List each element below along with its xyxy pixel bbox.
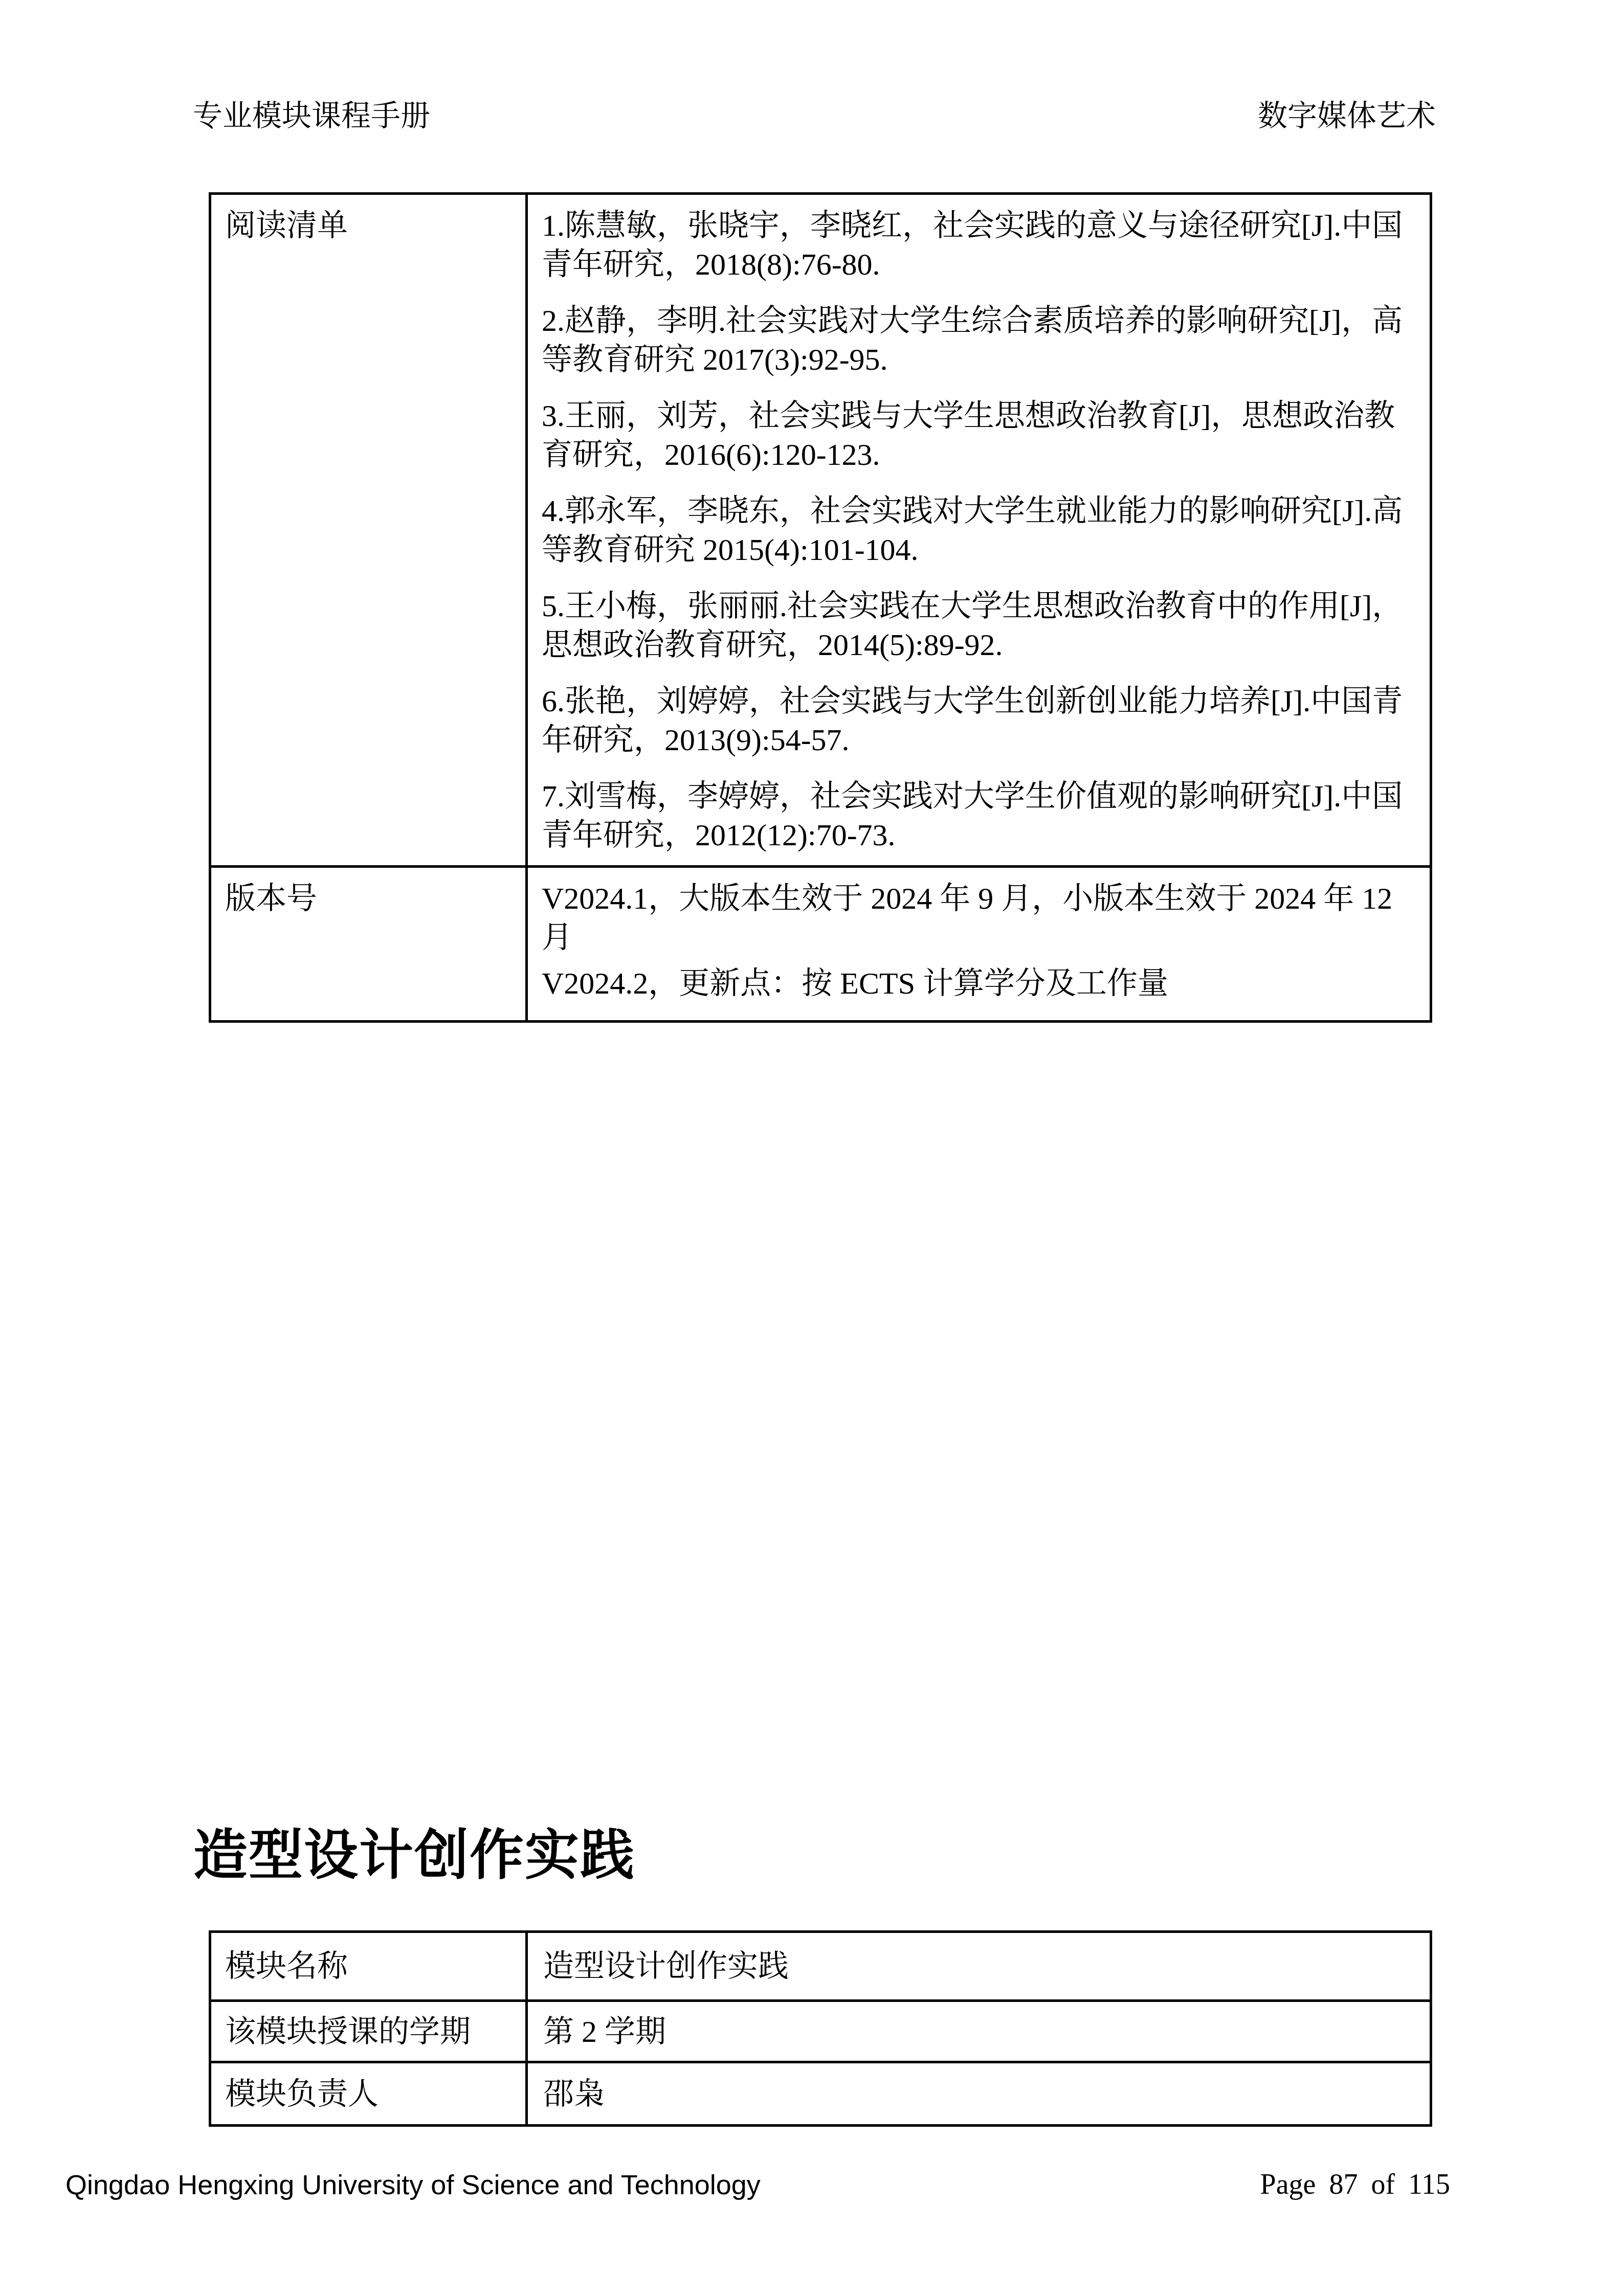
- reference-item: 1.陈慧敏，张晓宇，李晓红，社会实践的意义与途径研究[J].中国青年研究，201…: [542, 206, 1414, 284]
- row-label: 该模块授课的学期: [210, 2001, 527, 2062]
- reference-item: 5.王小梅，张丽丽.社会实践在大学生思想政治教育中的作用[J]，思想政治教育研究…: [542, 587, 1414, 664]
- table-row: 阅读清单 1.陈慧敏，张晓宇，李晓红，社会实践的意义与途径研究[J].中国青年研…: [210, 194, 1431, 867]
- row-value: 第 2 学期: [527, 2001, 1431, 2062]
- row-value: 邵枭: [527, 2062, 1431, 2126]
- table-row: 版本号 V2024.1，大版本生效于 2024 年 9 月，小版本生效于 202…: [210, 867, 1431, 1022]
- header-left-title: 专业模块课程手册: [193, 99, 430, 133]
- row-value: 造型设计创作实践: [527, 1932, 1431, 2001]
- reference-item: 6.张艳，刘婷婷，社会实践与大学生创新创业能力培养[J].中国青年研究，2013…: [542, 682, 1414, 759]
- footer-institution: Qingdao Hengxing University of Science a…: [65, 2169, 761, 2201]
- table-row: 模块名称 造型设计创作实践: [210, 1932, 1431, 2001]
- header-right-title: 数字媒体艺术: [1258, 99, 1436, 133]
- table-row: 模块负责人 邵枭: [210, 2062, 1431, 2126]
- reference-item: 7.刘雪梅，李婷婷，社会实践对大学生价值观的影响研究[J].中国青年研究，201…: [542, 777, 1414, 854]
- row-label: 模块负责人: [210, 2062, 527, 2126]
- row-label: 模块名称: [210, 1932, 527, 2001]
- table-row: 该模块授课的学期 第 2 学期: [210, 2001, 1431, 2062]
- reference-item: 4.郭永军，李晓东，社会实践对大学生就业能力的影响研究[J].高等教育研究 20…: [542, 491, 1414, 569]
- row-label: 版本号: [210, 867, 527, 1022]
- footer-page-number: Page 87 of 115: [1260, 2168, 1450, 2201]
- reference-item: 2.赵静，李明.社会实践对大学生综合素质培养的影响研究[J]，高等教育研究 20…: [542, 301, 1414, 379]
- reading-list-table: 阅读清单 1.陈慧敏，张晓宇，李晓红，社会实践的意义与途径研究[J].中国青年研…: [209, 192, 1432, 1023]
- row-value: 1.陈慧敏，张晓宇，李晓红，社会实践的意义与途径研究[J].中国青年研究，201…: [527, 194, 1431, 867]
- version-line: V2024.2，更新点：按 ECTS 计算学分及工作量: [542, 964, 1414, 1003]
- section-title: 造型设计创作实践: [193, 1820, 635, 1891]
- module-info-table: 模块名称 造型设计创作实践 该模块授课的学期 第 2 学期 模块负责人 邵枭: [209, 1930, 1432, 2127]
- reference-item: 3.王丽，刘芳，社会实践与大学生思想政治教育[J]，思想政治教育研究，2016(…: [542, 396, 1414, 474]
- version-line: V2024.1，大版本生效于 2024 年 9 月，小版本生效于 2024 年 …: [542, 879, 1414, 957]
- row-label: 阅读清单: [210, 194, 527, 867]
- row-value: V2024.1，大版本生效于 2024 年 9 月，小版本生效于 2024 年 …: [527, 867, 1431, 1022]
- document-page: 专业模块课程手册 数字媒体艺术 阅读清单 1.陈慧敏，张晓宇，李晓红，社会实践的…: [0, 0, 1624, 2296]
